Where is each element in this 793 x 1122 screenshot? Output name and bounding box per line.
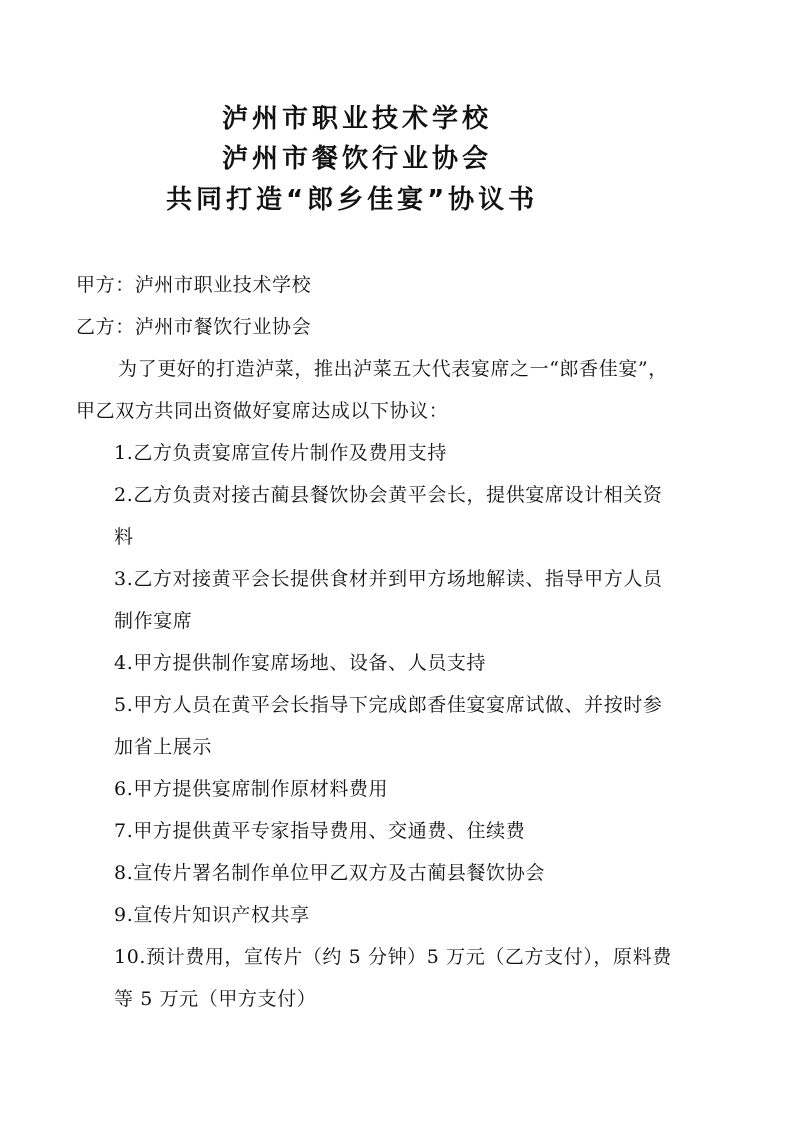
clause-5: 5.甲方人员在黄平会长指导下完成郎香佳宴宴席试做、并按时参 — [114, 692, 663, 718]
clause-5-cont: 加省上展示 — [114, 734, 212, 760]
clause-2: 2.乙方负责对接古蔺县餐饮协会黄平会长，提供宴席设计相关资 — [114, 482, 663, 508]
title-line-3: 共同打造“郎乡佳宴”协议书 — [166, 183, 538, 217]
title-line-1: 泸州市职业技术学校 — [222, 102, 492, 136]
clause-3-cont: 制作宴席 — [114, 608, 192, 634]
party-a: 甲方：泸州市职业技术学校 — [76, 272, 311, 298]
clause-4: 4.甲方提供制作宴席场地、设备、人员支持 — [114, 650, 486, 676]
title-line-2: 泸州市餐饮行业协会 — [222, 142, 492, 176]
party-b: 乙方：泸州市餐饮行业协会 — [76, 314, 311, 340]
clause-1: 1.乙方负责宴席宣传片制作及费用支持 — [114, 440, 447, 466]
clause-10: 10.预计费用，宣传片（约 5 分钟）5 万元（乙方支付），原料费 — [114, 944, 672, 970]
clause-7: 7.甲方提供黄平专家指导费用、交通费、住续费 — [114, 818, 525, 844]
clause-3: 3.乙方对接黄平会长提供食材并到甲方场地解读、指导甲方人员 — [114, 566, 663, 592]
intro-line-1: 为了更好的打造泸菜，推出泸菜五大代表宴席之一“郎香佳宴”， — [118, 356, 668, 382]
clause-9: 9.宣传片知识产权共享 — [114, 902, 310, 928]
clause-6: 6.甲方提供宴席制作原材料费用 — [114, 776, 388, 802]
clause-10-cont: 等 5 万元（甲方支付） — [114, 986, 316, 1012]
intro-line-2: 甲乙双方共同出资做好宴席达成以下协议： — [76, 398, 448, 424]
clause-8: 8.宣传片署名制作单位甲乙双方及古蔺县餐饮协会 — [114, 860, 545, 886]
clause-2-cont: 料 — [114, 524, 134, 550]
